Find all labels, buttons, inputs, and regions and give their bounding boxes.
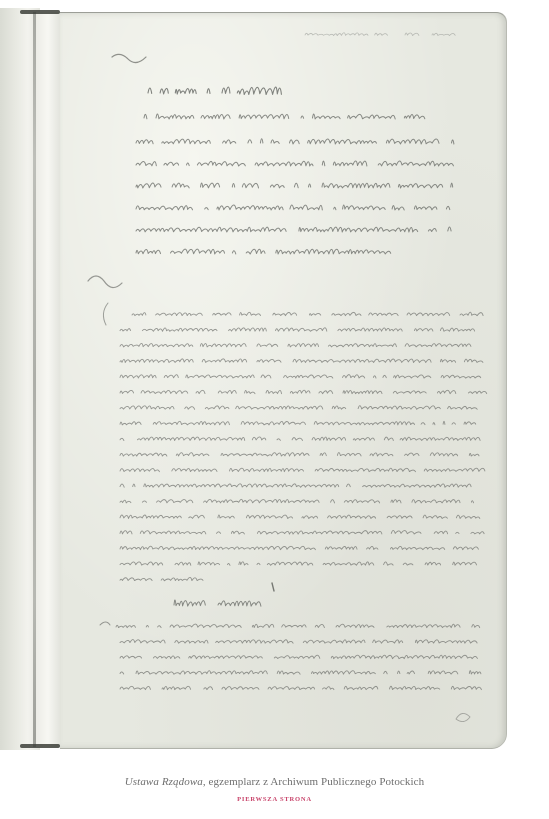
handwritten-text [60,13,506,748]
manuscript-page [60,12,506,748]
caption-title: Ustawa Rządowa [125,776,203,788]
binding-cap-bottom [20,744,60,748]
caption-rest: , egzemplarz z Archiwum Publicznego Poto… [203,776,424,788]
spine-fold [36,12,61,747]
manuscript-scan [0,0,549,760]
figure-caption: Ustawa Rządowa, egzemplarz z Archiwum Pu… [0,776,549,788]
figure-subcaption: PIERWSZA STRONA [0,796,549,803]
binding-cap-top [20,10,60,14]
